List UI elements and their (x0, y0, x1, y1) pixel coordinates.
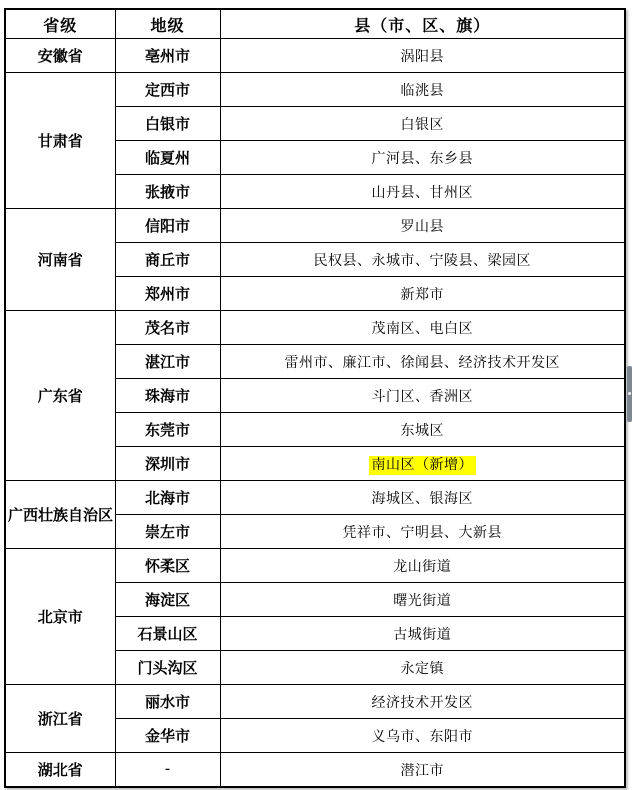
city-cell: 石景山区 (115, 617, 220, 651)
province-cell: 北京市 (5, 549, 115, 685)
counties-text: 临洮县 (401, 84, 445, 99)
province-cell: 广东省 (5, 311, 115, 481)
table-row: 广西壮族自治区北海市海城区、银海区 (5, 481, 625, 515)
counties-cell: 龙山街道 (220, 549, 625, 583)
counties-text: 罗山县 (401, 220, 445, 235)
city-cell: 门头沟区 (115, 651, 220, 685)
counties-text: 永定镇 (401, 662, 445, 677)
counties-text: 潜江市 (401, 764, 445, 779)
counties-cell: 山丹县、甘州区 (220, 175, 625, 209)
counties-cell: 义乌市、东阳市 (220, 719, 625, 753)
counties-cell: 临洮县 (220, 73, 625, 107)
column-header-prefecture: 地级 (115, 9, 220, 39)
city-cell: 东莞市 (115, 413, 220, 447)
counties-text: 古城街道 (393, 628, 451, 643)
province-cell: 广西壮族自治区 (5, 481, 115, 549)
table-body: 安徽省亳州市涡阳县甘肃省定西市临洮县白银市白银区临夏州广河县、东乡县张掖市山丹县… (5, 39, 625, 788)
province-cell: 甘肃省 (5, 73, 115, 209)
city-cell: 北海市 (115, 481, 220, 515)
city-cell: 信阳市 (115, 209, 220, 243)
counties-text: 凭祥市、宁明县、大新县 (343, 526, 503, 541)
city-cell: 定西市 (115, 73, 220, 107)
counties-cell: 民权县、永城市、宁陵县、梁园区 (220, 243, 625, 277)
counties-cell: 曙光街道 (220, 583, 625, 617)
counties-cell: 新郑市 (220, 277, 625, 311)
table-row: 浙江省丽水市经济技术开发区 (5, 685, 625, 719)
province-cell: 河南省 (5, 209, 115, 311)
counties-text: 经济技术开发区 (372, 696, 474, 711)
column-header-province: 省级 (5, 9, 115, 39)
province-cell: 湖北省 (5, 753, 115, 788)
counties-text: 新郑市 (401, 288, 445, 303)
counties-cell: 罗山县 (220, 209, 625, 243)
table-row: 甘肃省定西市临洮县 (5, 73, 625, 107)
table-row: 安徽省亳州市涡阳县 (5, 39, 625, 73)
counties-cell: 古城街道 (220, 617, 625, 651)
city-cell: 湛江市 (115, 345, 220, 379)
city-cell: - (115, 753, 220, 788)
counties-cell: 涡阳县 (220, 39, 625, 73)
city-cell: 丽水市 (115, 685, 220, 719)
city-cell: 亳州市 (115, 39, 220, 73)
table-row: 河南省信阳市罗山县 (5, 209, 625, 243)
counties-text: 民权县、永城市、宁陵县、梁园区 (314, 254, 532, 269)
city-cell: 商丘市 (115, 243, 220, 277)
counties-cell: 南山区（新增） (220, 447, 625, 481)
counties-cell: 东城区 (220, 413, 625, 447)
header-row: 省级 地级 县（市、区、旗） (5, 9, 625, 39)
admin-region-table: 省级 地级 县（市、区、旗） 安徽省亳州市涡阳县甘肃省定西市临洮县白银市白银区临… (4, 8, 626, 788)
city-cell: 珠海市 (115, 379, 220, 413)
counties-text: 山丹县、甘州区 (372, 186, 474, 201)
city-cell: 郑州市 (115, 277, 220, 311)
counties-text: 曙光街道 (393, 594, 451, 609)
counties-text: 涡阳县 (401, 50, 445, 65)
scrollbar-thumb[interactable] (627, 366, 632, 422)
counties-text: 茂南区、电白区 (372, 322, 474, 337)
document-page: 省级 地级 县（市、区、旗） 安徽省亳州市涡阳县甘肃省定西市临洮县白银市白银区临… (0, 0, 632, 790)
counties-text: 白银区 (401, 118, 445, 133)
province-cell: 浙江省 (5, 685, 115, 753)
city-cell: 张掖市 (115, 175, 220, 209)
counties-cell: 潜江市 (220, 753, 625, 788)
counties-text: 海城区、银海区 (372, 492, 474, 507)
counties-cell: 广河县、东乡县 (220, 141, 625, 175)
province-cell: 安徽省 (5, 39, 115, 73)
counties-cell: 茂南区、电白区 (220, 311, 625, 345)
column-header-county: 县（市、区、旗） (220, 9, 625, 39)
city-cell: 金华市 (115, 719, 220, 753)
highlight-new-entry: 南山区（新增） (369, 456, 477, 475)
city-cell: 茂名市 (115, 311, 220, 345)
counties-text: 龙山街道 (393, 560, 451, 575)
counties-cell: 斗门区、香洲区 (220, 379, 625, 413)
counties-cell: 永定镇 (220, 651, 625, 685)
counties-cell: 经济技术开发区 (220, 685, 625, 719)
counties-cell: 雷州市、廉江市、徐闻县、经济技术开发区 (220, 345, 625, 379)
counties-cell: 白银区 (220, 107, 625, 141)
city-cell: 崇左市 (115, 515, 220, 549)
city-cell: 怀柔区 (115, 549, 220, 583)
city-cell: 白银市 (115, 107, 220, 141)
table-row: 北京市怀柔区龙山街道 (5, 549, 625, 583)
counties-cell: 凭祥市、宁明县、大新县 (220, 515, 625, 549)
city-cell: 深圳市 (115, 447, 220, 481)
counties-text: 东城区 (401, 424, 445, 439)
counties-text: 斗门区、香洲区 (372, 390, 474, 405)
city-cell: 临夏州 (115, 141, 220, 175)
counties-cell: 海城区、银海区 (220, 481, 625, 515)
city-cell: 海淀区 (115, 583, 220, 617)
table-row: 广东省茂名市茂南区、电白区 (5, 311, 625, 345)
table-row: 湖北省-潜江市 (5, 753, 625, 788)
counties-text: 雷州市、廉江市、徐闻县、经济技术开发区 (285, 356, 561, 371)
counties-text: 广河县、东乡县 (372, 152, 474, 167)
counties-text: 义乌市、东阳市 (372, 730, 474, 745)
